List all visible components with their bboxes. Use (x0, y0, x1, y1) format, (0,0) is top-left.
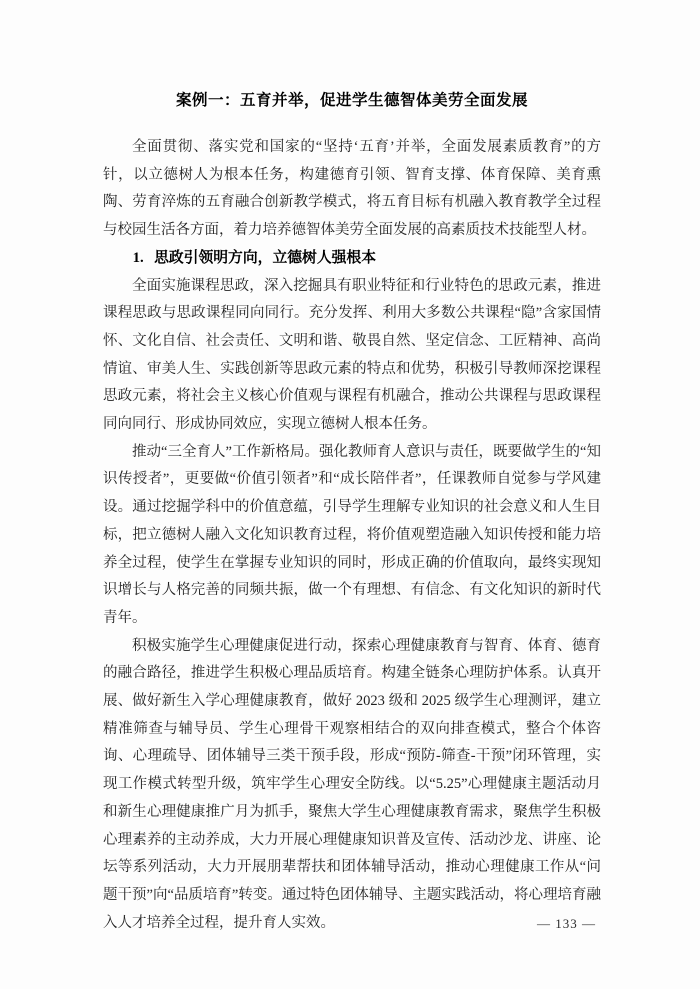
document-content: 案例一：五育并举，促进学生德智体美劳全面发展 全面贯彻、落实党和国家的“坚持‘五… (103, 88, 601, 937)
section-heading-1: 1.思政引领明方向，立德树人强根本 (103, 245, 601, 273)
paragraph-course-ideology: 全面实施课程思政，深入挖掘具有职业特征和行业特色的思政元素，推进课程思政与思政课… (103, 273, 601, 439)
document-page: 案例一：五育并举，促进学生德智体美劳全面发展 全面贯彻、落实党和国家的“坚持‘五… (0, 0, 700, 989)
paragraph-intro: 全面贯彻、落实党和国家的“坚持‘五育’并举，全面发展素质教育”的方针，以立德树人… (103, 134, 601, 245)
page-number: — 133 — (537, 915, 596, 933)
paragraph-mental-health: 积极实施学生心理健康促进行动，探索心理健康教育与智育、体育、德育的融合路径，推进… (103, 633, 601, 938)
section-heading-number: 1. (133, 250, 144, 266)
paragraph-three-wide-education: 推动“三全育人”工作新格局。强化教师育人意识与责任，既要做学生的“知识传授者”，… (103, 439, 601, 633)
section-heading-title: 思政引领明方向，立德树人强根本 (154, 250, 376, 266)
document-title: 案例一：五育并举，促进学生德智体美劳全面发展 (103, 88, 601, 114)
